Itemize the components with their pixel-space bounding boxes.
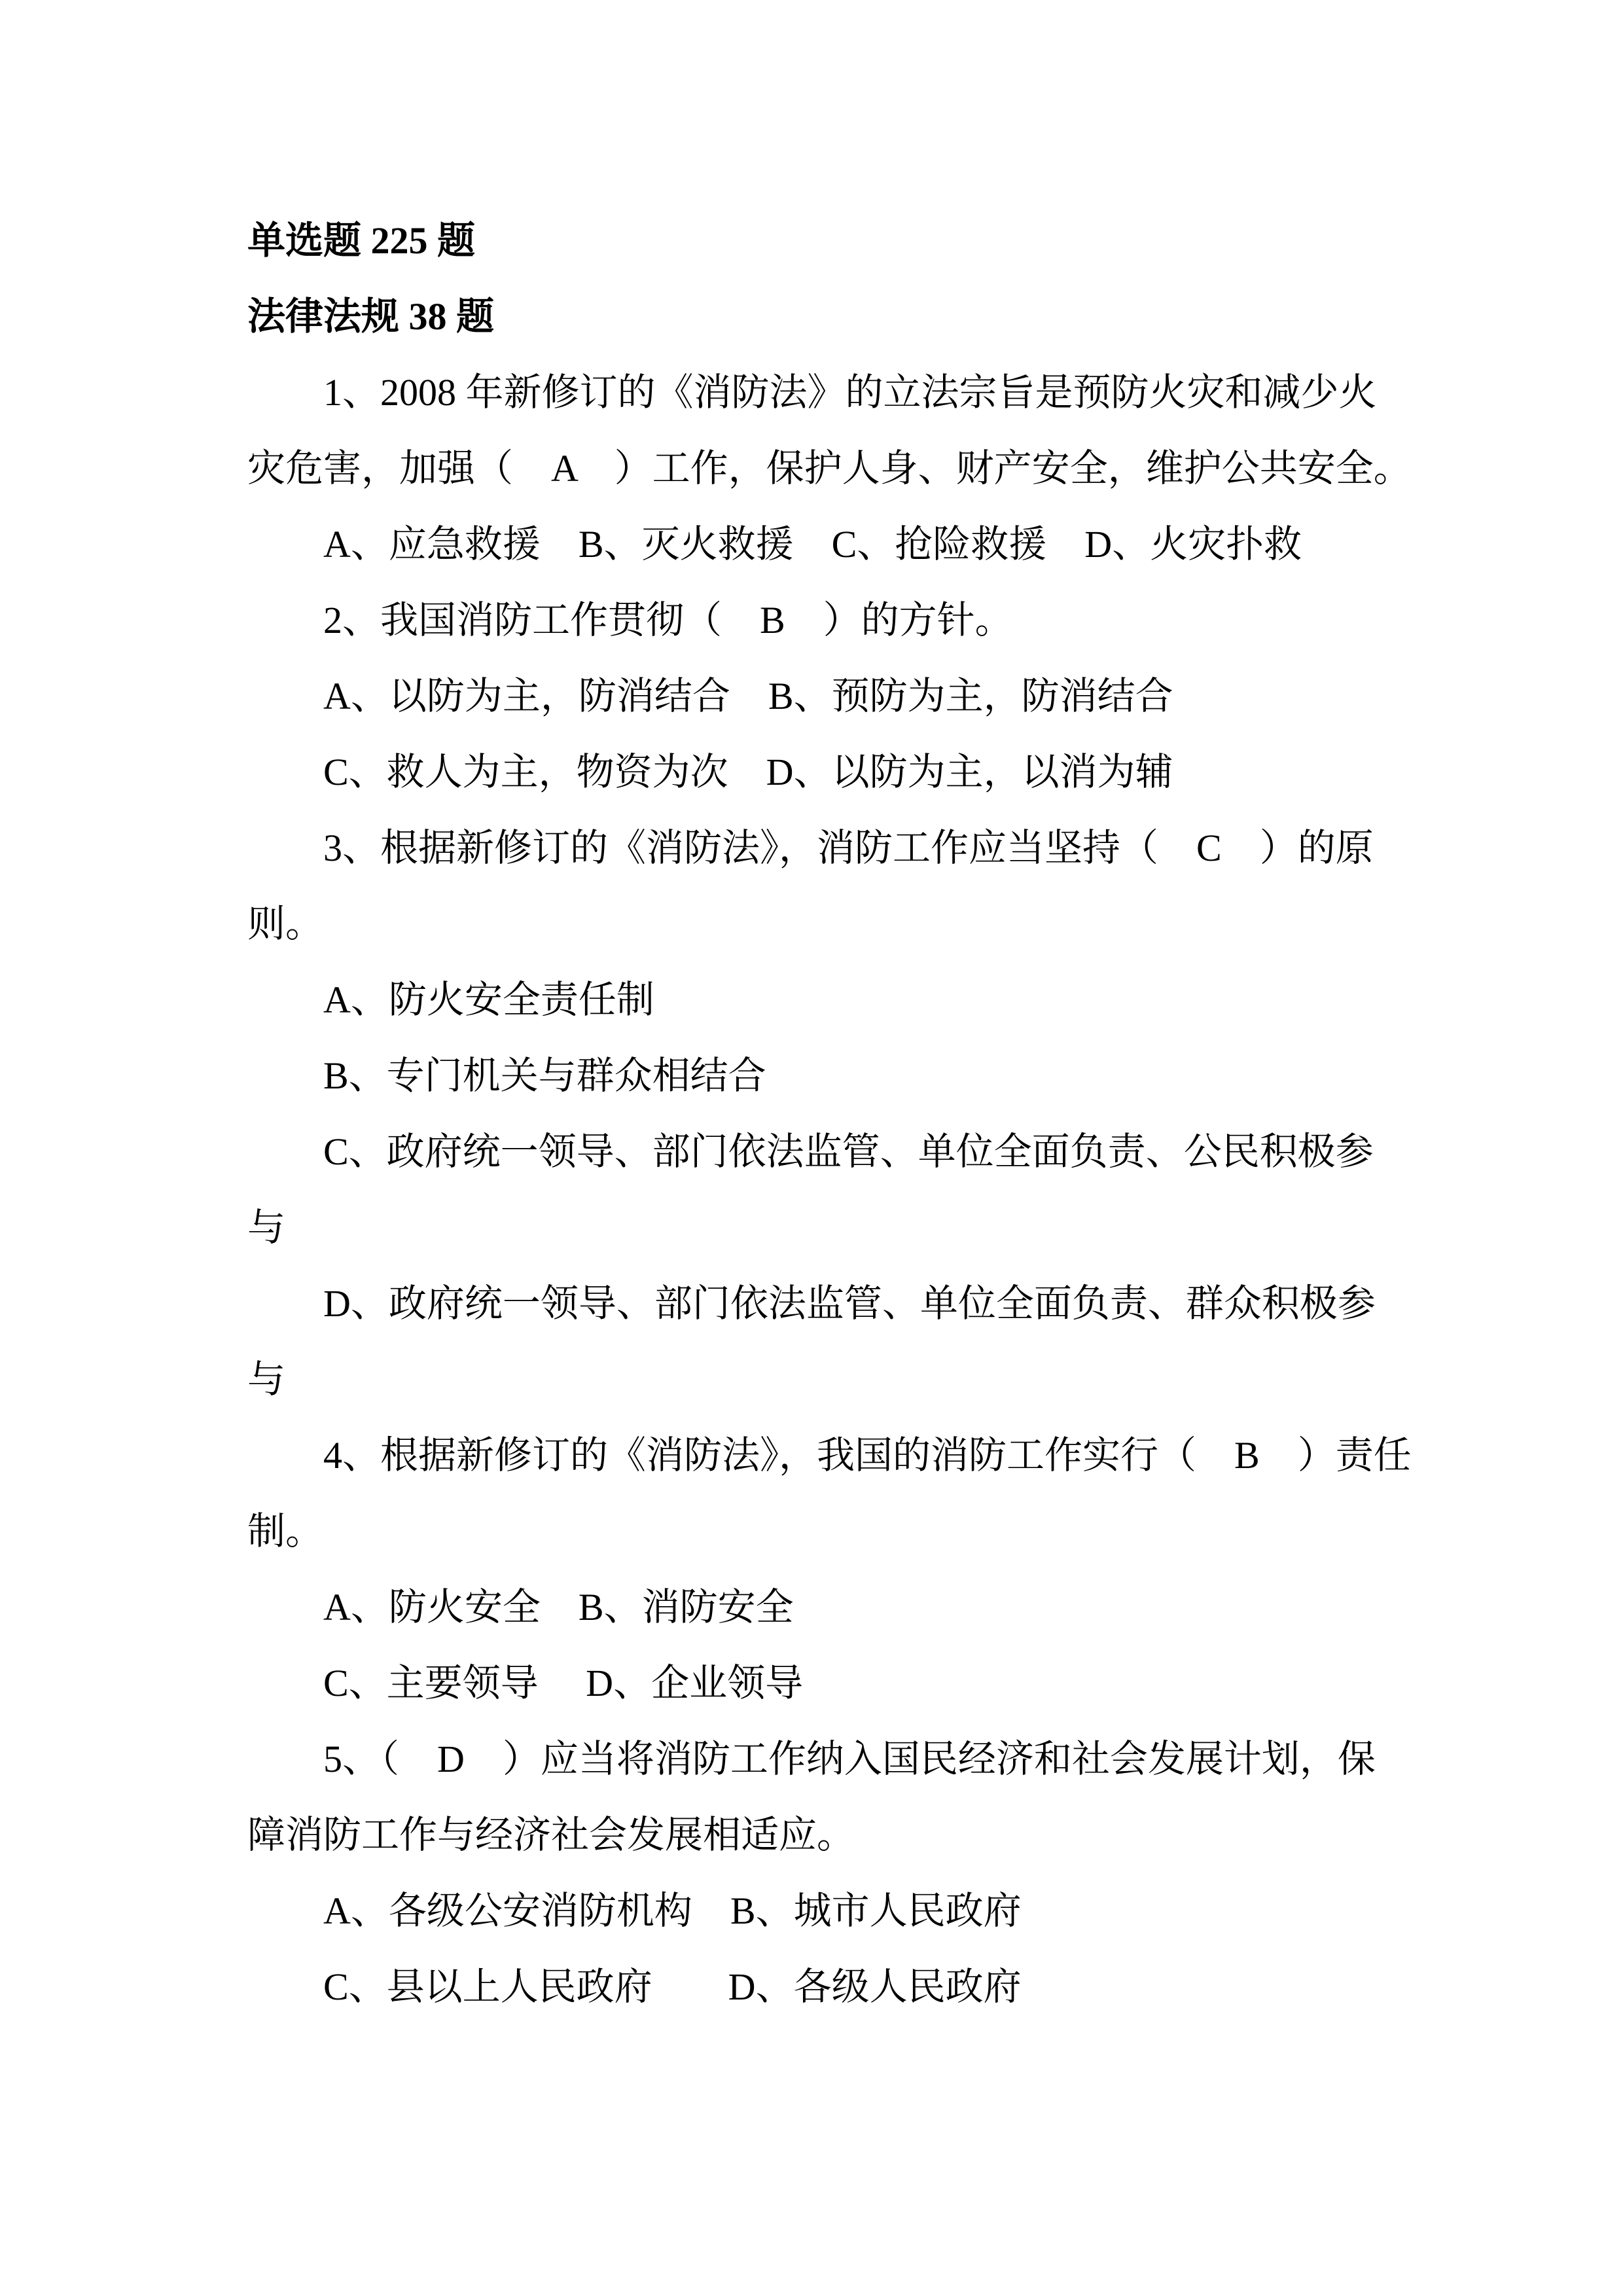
q1-stem-line-2: 灾危害，加强（ A ）工作，保护人身、财产安全，维护公共安全。 bbox=[247, 431, 1389, 507]
q5-stem-line-1: 5、（ D ）应当将消防工作纳入国民经济和社会发展计划，保 bbox=[247, 1721, 1389, 1797]
q3-stem-line-1: 3、根据新修订的《消防法》，消防工作应当坚持（ C ）的原 bbox=[247, 810, 1389, 886]
q2-stem-line-1: 2、我国消防工作贯彻（ B ）的方针。 bbox=[247, 583, 1389, 658]
q5-stem-line-2: 障消防工作与经济社会发展相适应。 bbox=[247, 1797, 1389, 1873]
q3-options-line-5: D、政府统一领导、部门依法监管、单位全面负责、群众积极参 bbox=[247, 1266, 1389, 1342]
q5-options-line-2: C、县以上人民政府 D、各级人民政府 bbox=[247, 1949, 1389, 2025]
q4-options-line-1: A、防火安全 B、消防安全 bbox=[247, 1570, 1389, 1645]
q2-options-line-2: C、救人为主，物资为次 D、以防为主，以消为辅 bbox=[247, 734, 1389, 810]
q3-options-line-6: 与 bbox=[247, 1342, 1389, 1418]
q4-stem-line-2: 制。 bbox=[247, 1494, 1389, 1570]
section-heading: 单选题 225 题 bbox=[247, 203, 1389, 279]
q3-options-line-1: A、防火安全责任制 bbox=[247, 962, 1389, 1038]
q4-options-line-2: C、主要领导 D、企业领导 bbox=[247, 1645, 1389, 1721]
q1-stem-line-1: 1、2008 年新修订的《消防法》的立法宗旨是预防火灾和减少火 bbox=[247, 355, 1389, 431]
q2-options-line-1: A、以防为主，防消结合 B、预防为主，防消结合 bbox=[247, 658, 1389, 734]
q3-options-line-3: C、政府统一领导、部门依法监管、单位全面负责、公民积极参 bbox=[247, 1114, 1389, 1190]
q3-stem-line-2: 则。 bbox=[247, 886, 1389, 962]
q4-stem-line-1: 4、根据新修订的《消防法》，我国的消防工作实行（ B ）责任 bbox=[247, 1418, 1389, 1494]
q3-options-line-2: B、专门机关与群众相结合 bbox=[247, 1038, 1389, 1114]
q3-options-line-4: 与 bbox=[247, 1190, 1389, 1266]
exam-document-page: 单选题 225 题 法律法规 38 题 1、2008 年新修订的《消防法》的立法… bbox=[247, 203, 1389, 2025]
q1-options-line-1: A、应急救援 B、灭火救援 C、抢险救援 D、火灾扑救 bbox=[247, 507, 1389, 583]
q5-options-line-1: A、各级公安消防机构 B、城市人民政府 bbox=[247, 1873, 1389, 1949]
subsection-heading: 法律法规 38 题 bbox=[247, 279, 1389, 355]
